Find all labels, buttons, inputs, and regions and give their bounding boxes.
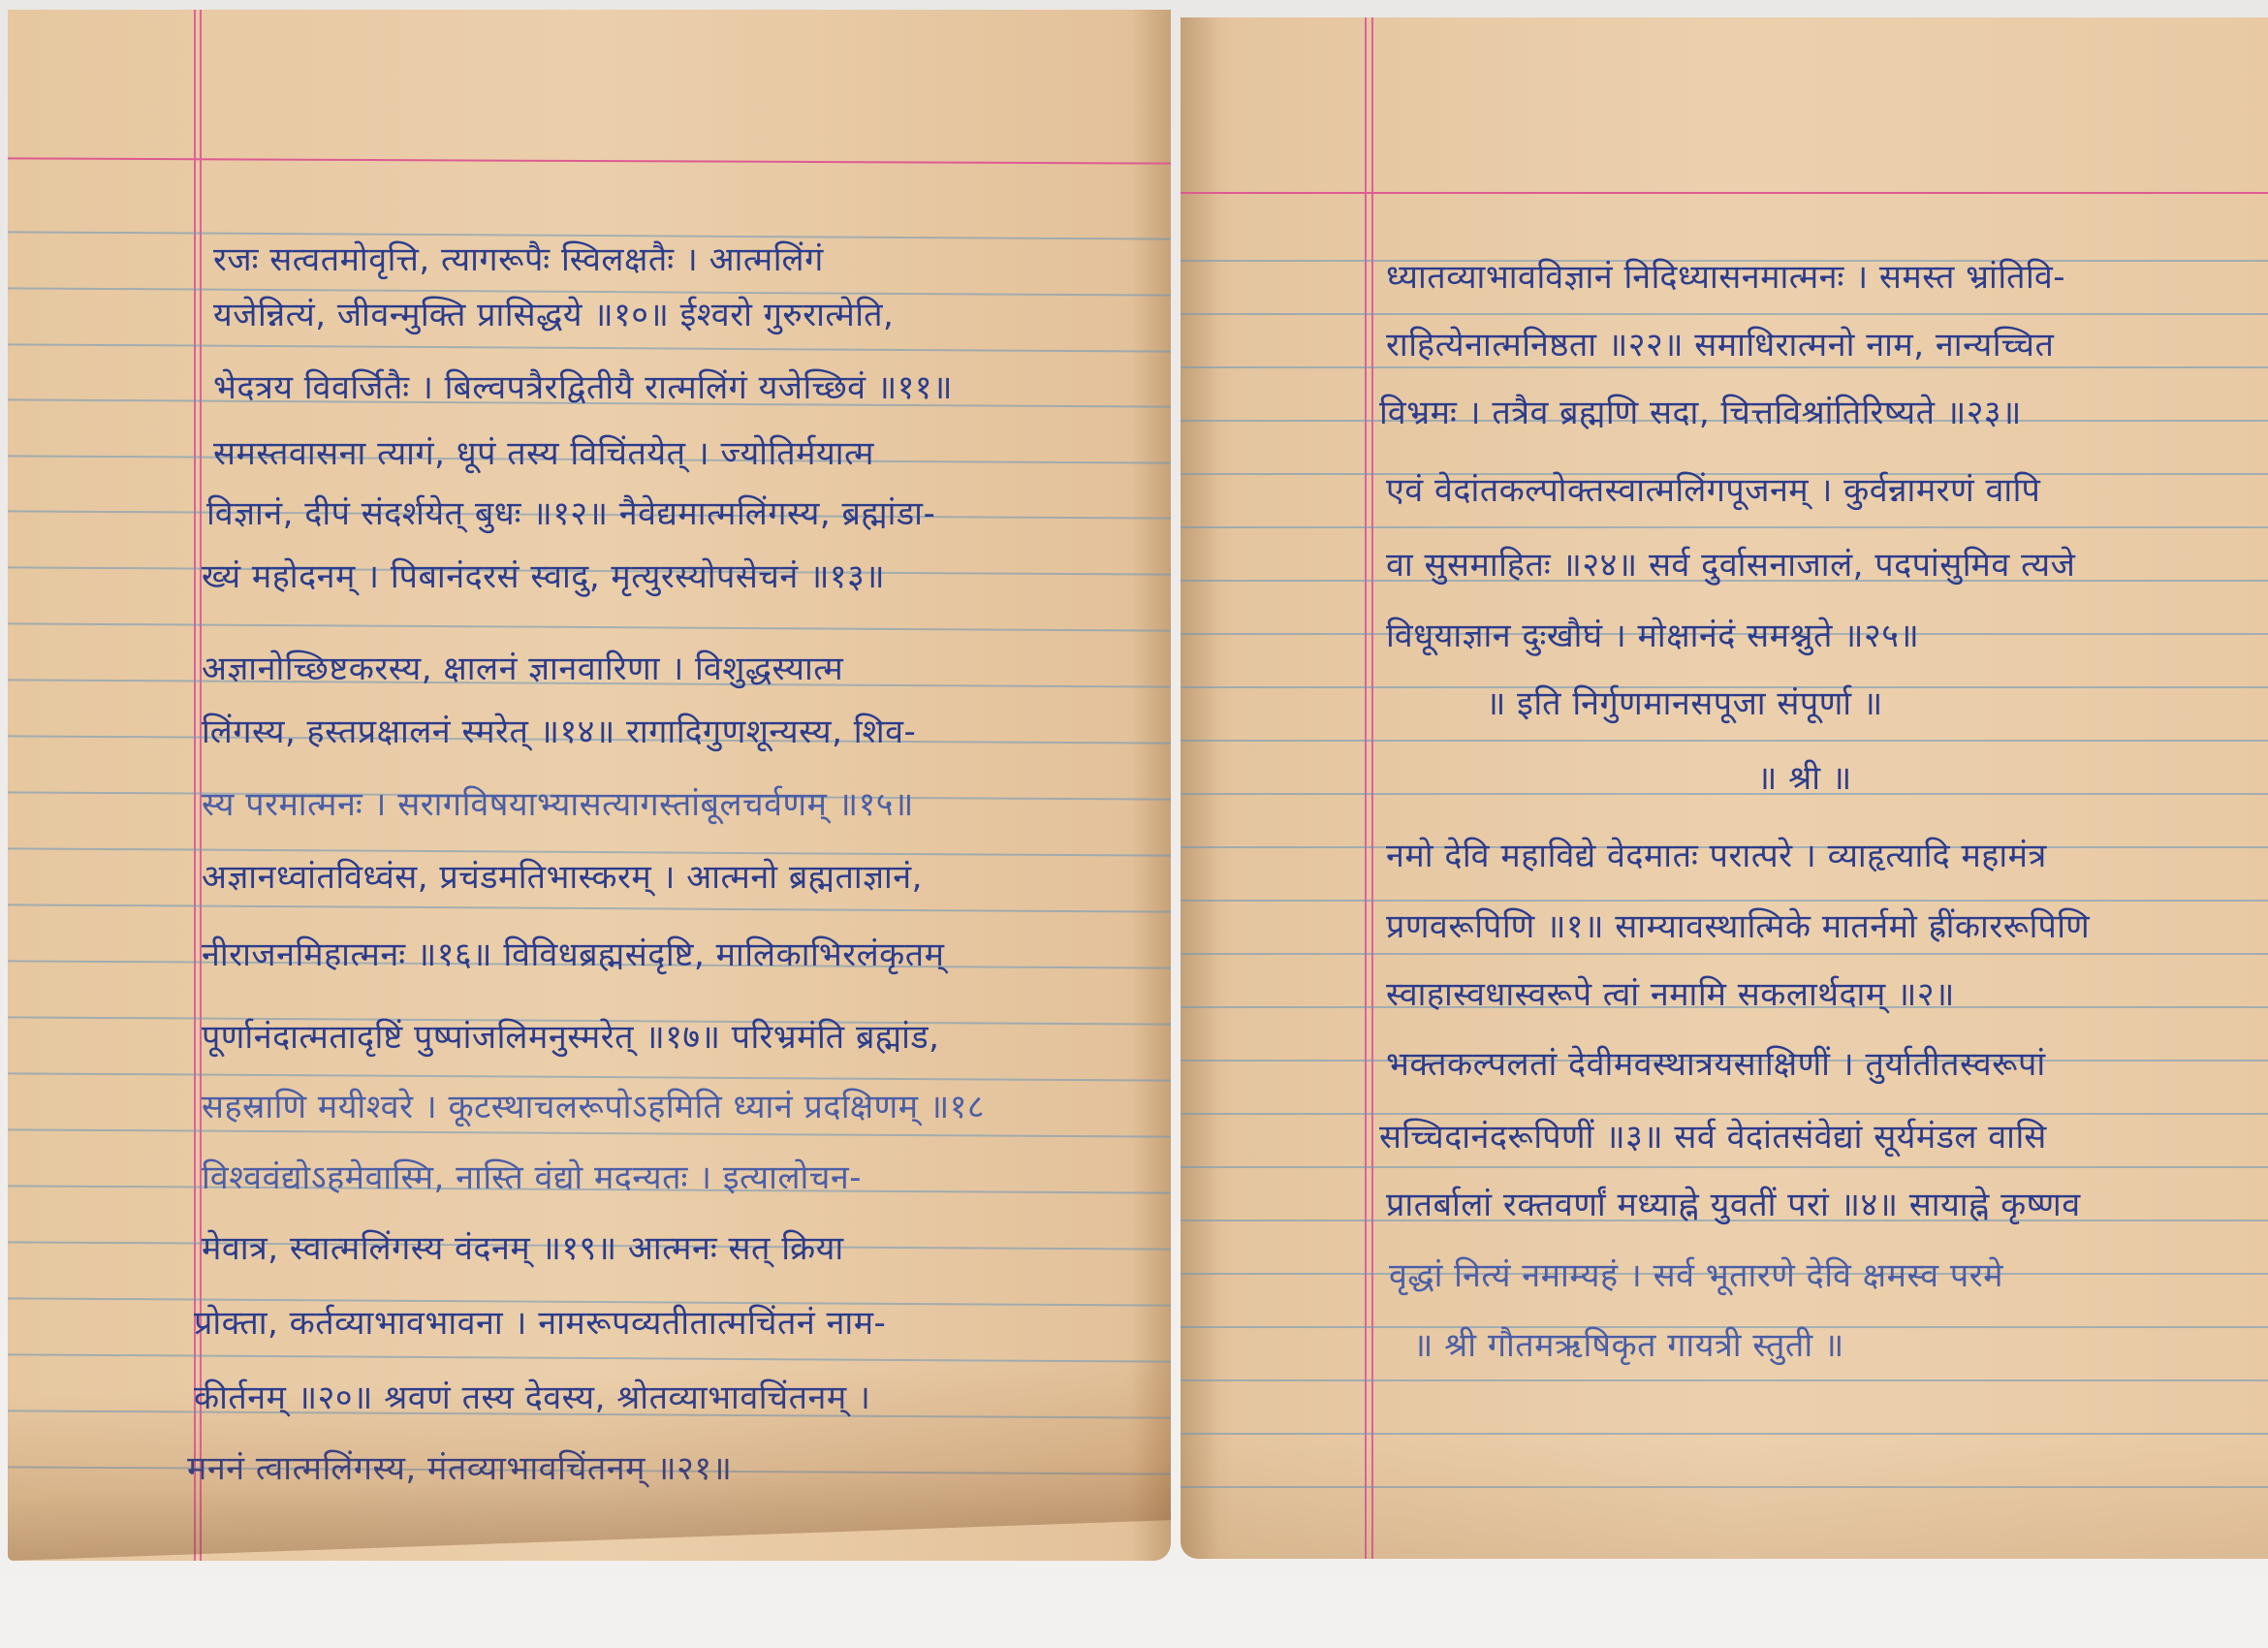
- text-line: एवं वेदांतकल्पोक्तस्वात्मलिंगपूजनम् । कु…: [1386, 471, 2040, 510]
- ruled-line: [1181, 313, 2268, 315]
- left-notebook-page: रजः सत्वतमोवृत्ति, त्यागरूपैः स्विलक्षतै…: [8, 10, 1171, 1561]
- text-line: प्रातर्बालां रक्तवर्णां मध्याह्ने युवतीं…: [1386, 1186, 2081, 1224]
- ruled-line: [1181, 900, 2268, 902]
- text-line: ख्यं महोदनम् । पिबानंदरसं स्वादु, मृत्यु…: [202, 557, 885, 596]
- ruled-line: [8, 1466, 1171, 1474]
- text-line: नीराजनमिहात्मनः ॥१६॥ विविधब्रह्मसंदृष्टि…: [202, 935, 945, 974]
- ruled-line: [1181, 793, 2268, 795]
- text-line: सच्चिदानंदरूपिणीं ॥३॥ सर्व वेदांतसंवेद्य…: [1379, 1118, 2047, 1157]
- ruled-line: [1181, 1486, 2268, 1488]
- ruled-line: [8, 847, 1171, 856]
- gutter-shadow: [1132, 10, 1171, 1561]
- text-line: मेवात्र, स्वात्मलिंगस्य वंदनम् ॥१९॥ आत्म…: [202, 1229, 844, 1268]
- text-line: वृद्धां नित्यं नमाम्यहं । सर्व भूतारणे द…: [1389, 1256, 2003, 1295]
- text-line: पूर्णानंदात्मतादृष्टिं पुष्पांजलिमनुस्मर…: [202, 1018, 939, 1057]
- text-line: अज्ञानोच्छिष्टकरस्य, क्षालनं ज्ञानवारिणा…: [202, 650, 843, 688]
- invocation-heading: ॥ श्री ॥: [1757, 759, 1852, 798]
- ruled-line: [1181, 953, 2268, 955]
- text-line: विश्ववंद्योऽहमेवास्मि, नास्ति वंद्यो मदन…: [202, 1158, 862, 1197]
- text-line: यजेन्नित्यं, जीवन्मुक्ति प्रासिद्धये ॥१०…: [213, 296, 894, 334]
- ruled-line: [8, 343, 1171, 352]
- ruled-line: [1181, 1113, 2268, 1115]
- text-line: प्रोक्ता, कर्तव्याभावभावना । नामरूपव्यती…: [194, 1304, 886, 1343]
- text-line: अज्ञानध्वांतविध्वंस, प्रचंडमतिभास्करम् ।…: [202, 858, 923, 897]
- text-line: ध्यातव्याभावविज्ञानं निदिध्यासनमात्मनः ।…: [1386, 258, 2065, 297]
- text-line: भेदत्रय विवर्जितैः । बिल्वपत्रैरद्वितीयै…: [213, 368, 953, 407]
- ruled-line: [8, 1410, 1171, 1418]
- text-line: नमो देवि महाविद्ये वेदमातः परात्परे । व्…: [1386, 837, 2047, 875]
- text-line: विभ्रमः । तत्रैव ब्रह्मणि सदा, चित्तविश्…: [1379, 394, 2022, 432]
- ruled-line: [8, 903, 1171, 912]
- ruled-line: [8, 1353, 1171, 1362]
- ruled-line: [1181, 1379, 2268, 1381]
- text-line: रजः सत्वतमोवृत्ति, त्यागरूपैः स्विलक्षतै…: [213, 240, 824, 279]
- text-line: स्वाहास्वधास्वरूपे त्वां नमामि सकलार्थदा…: [1386, 975, 1955, 1014]
- ruled-line: [1181, 366, 2268, 368]
- right-notebook-page: ध्यातव्याभावविज्ञानं निदिध्यासनमात्मनः ।…: [1181, 17, 2268, 1559]
- text-line: लिंगस्य, हस्तप्रक्षालनं स्मरेत् ॥१४॥ राग…: [202, 713, 916, 751]
- text-line: कीर्तनम् ॥२०॥ श्रवणं तस्य देवस्य, श्रोतव…: [194, 1379, 870, 1417]
- header-margin-rule: [1181, 192, 2268, 194]
- ruled-line: [1181, 740, 2268, 742]
- ruled-line: [1181, 526, 2268, 528]
- text-line: राहित्येनात्मनिष्ठता ॥२२॥ समाधिरात्मनो न…: [1386, 326, 2054, 364]
- text-line: स्य परमात्मनः । सरागविषयाभ्यासत्यागस्तां…: [202, 785, 914, 824]
- ruled-line: [8, 231, 1171, 239]
- text-line: सहस्राणि मयीश्वरे । कूटस्थाचलरूपोऽहमिति …: [202, 1088, 985, 1126]
- text-line: समस्तवासना त्यागं, धूपं तस्य विचिंतयेत् …: [213, 434, 874, 473]
- text-line: प्रणवरूपिणि ॥१॥ साम्यावस्थात्मिके मातर्न…: [1386, 907, 2090, 946]
- ruled-line: [8, 1072, 1171, 1081]
- section-end-title: ॥ इति निर्गुणमानसपूजा संपूर्णा ॥: [1486, 684, 1883, 723]
- text-line: मननं त्वात्मलिंगस्य, मंतव्याभावचिंतनम् ॥…: [187, 1449, 732, 1488]
- ruled-line: [8, 622, 1171, 631]
- ruled-line: [1181, 1166, 2268, 1168]
- text-line: भक्तकल्पलतां देवीमवस्थात्रयसाक्षिणीं । त…: [1386, 1045, 2046, 1084]
- colophon-title: ॥ श्री गौतमऋषिकृत गायत्री स्तुती ॥: [1413, 1326, 1844, 1365]
- text-line: विधूयाज्ञान दुःखौघं । मोक्षानंदं समश्नुत…: [1386, 617, 1919, 655]
- text-line: विज्ञानं, दीपं संदर्शयेत् बुधः ॥१२॥ नैवे…: [206, 494, 935, 533]
- ruled-line: [8, 1128, 1171, 1137]
- text-line: वा सुसमाहितः ॥२४॥ सर्व दुर्वासनाजालं, पद…: [1386, 546, 2075, 585]
- header-margin-rule: [8, 157, 1171, 164]
- ruled-line: [1181, 1433, 2268, 1435]
